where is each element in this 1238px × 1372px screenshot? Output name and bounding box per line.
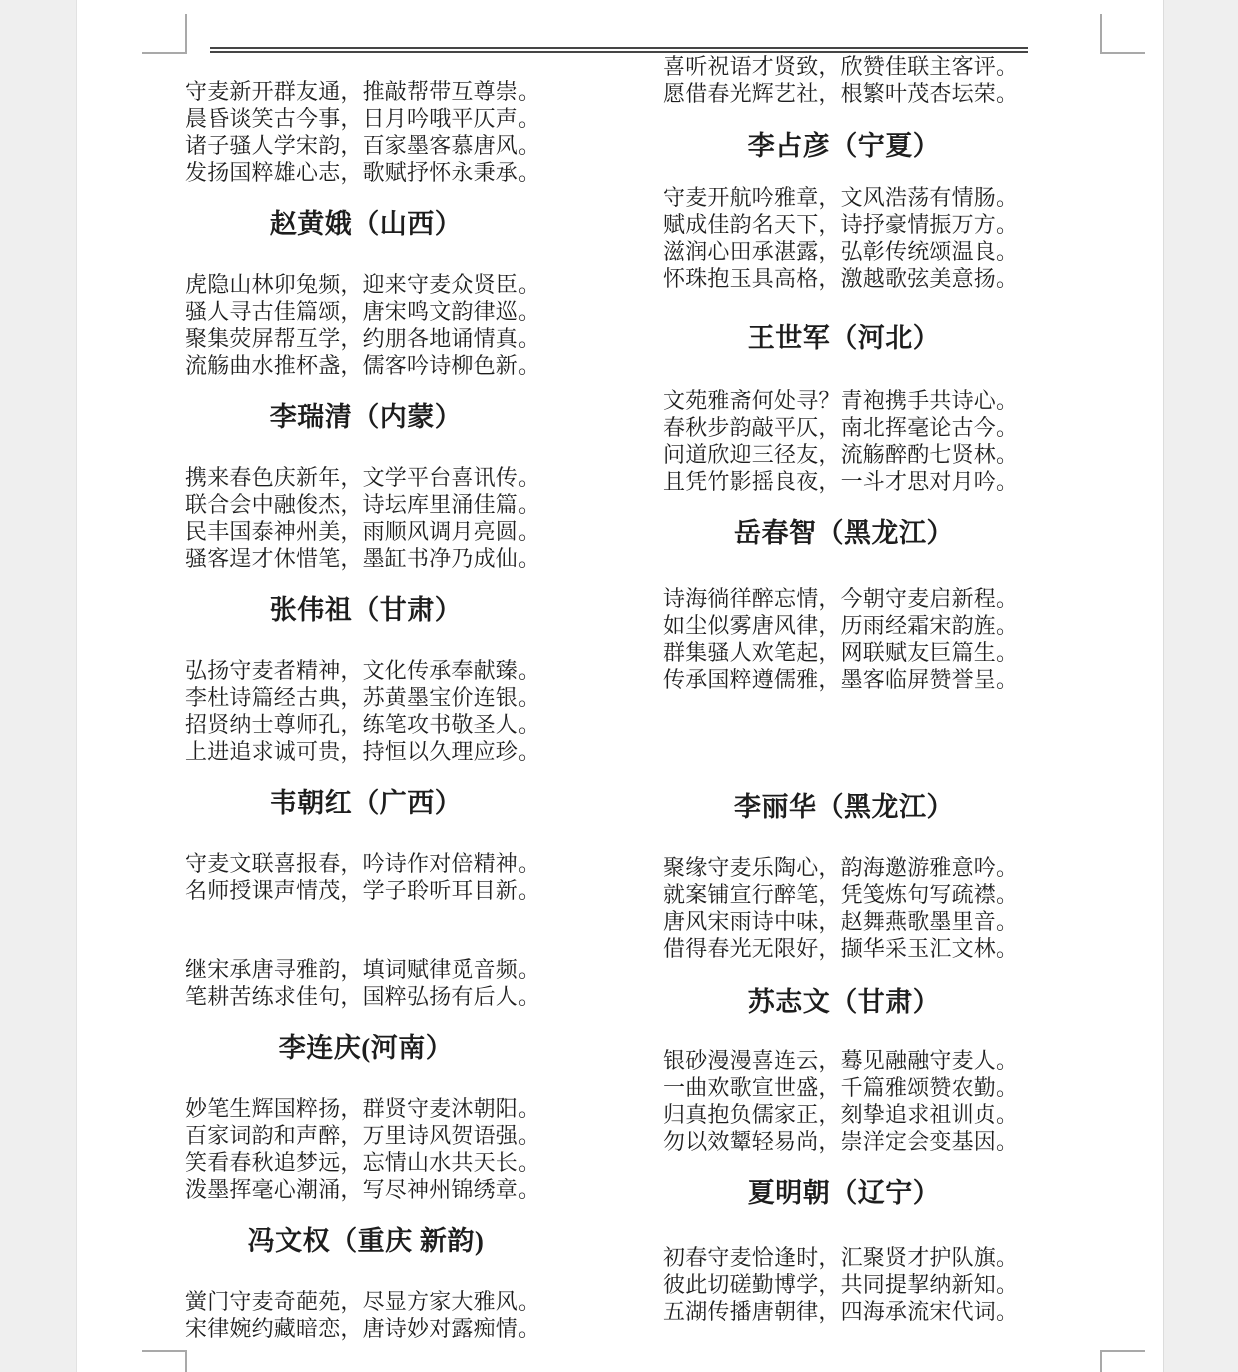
poem-line[interactable]: 群集骚人欢笔起，网联赋友巨篇生。: [663, 639, 1025, 666]
poem-stanza: 初春守麦恰逢时，汇聚贤才护队旗。彼此切磋勤博学，共同提挈纳新知。五湖传播唐朝律，…: [663, 1244, 1025, 1325]
poem-line[interactable]: 勿以效颦轻易尚，崇洋定会变基因。: [663, 1128, 1025, 1155]
author-heading[interactable]: 李瑞清（内蒙）: [185, 399, 547, 435]
poem-line[interactable]: 初春守麦恰逢时，汇聚贤才护队旗。: [663, 1244, 1025, 1271]
poem-line[interactable]: 借得春光无限好，撷华采玉汇文林。: [663, 935, 1025, 962]
poem-line[interactable]: 流觞曲水推杯盏，儒客吟诗柳色新。: [185, 352, 547, 379]
poem-column-right: 喜听祝语才贤致，欣赞佳联主客评。愿借春光辉艺社，根繁叶茂杏坛荣。李占彦（宁夏）守…: [663, 53, 1025, 1325]
poem-line[interactable]: 骚客逞才休惜笔，墨缸书净乃成仙。: [185, 545, 547, 572]
poem-line[interactable]: 发扬国粹雄心志，歌赋抒怀永秉承。: [185, 159, 547, 186]
poem-line[interactable]: 滋润心田承湛露，弘彰传统颂温良。: [663, 238, 1025, 265]
author-heading[interactable]: 李占彦（宁夏）: [663, 128, 1025, 164]
poem-line[interactable]: 赋成佳韵名天下，诗抒豪情振万方。: [663, 211, 1025, 238]
poem-line[interactable]: 就案铺宣行醉笔，凭笺炼句写疏襟。: [663, 881, 1025, 908]
poem-line[interactable]: 泼墨挥毫心潮涌，写尽神州锦绣章。: [185, 1176, 547, 1203]
poem-line[interactable]: 骚人寻古佳篇颂，唐宋鸣文韵律巡。: [185, 298, 547, 325]
poem-stanza: 聚缘守麦乐陶心，韵海邀游雅意吟。就案铺宣行醉笔，凭笺炼句写疏襟。唐风宋雨诗中味，…: [663, 854, 1025, 962]
poem-column-left: 守麦新开群友通，推敲帮带互尊崇。晨昏谈笑古今事，日月吟哦平仄声。诸子骚人学宋韵，…: [185, 78, 547, 1342]
poem-line[interactable]: 虎隐山林卯兔频，迎来守麦众贤臣。: [185, 271, 547, 298]
poem-line[interactable]: 诗海徜徉醉忘情，今朝守麦启新程。: [663, 585, 1025, 612]
poem-line[interactable]: 喜听祝语才贤致，欣赞佳联主客评。: [663, 53, 1025, 80]
poem-line[interactable]: 上进追求诚可贵，持恒以久理应珍。: [185, 738, 547, 765]
poem-stanza: 黉门守麦奇葩苑，尽显方家大雅风。宋律婉约藏暗恋，唐诗妙对露痴情。: [185, 1288, 547, 1342]
poem-line[interactable]: 守麦文联喜报春，吟诗作对倍精神。: [185, 850, 547, 877]
poem-line[interactable]: 携来春色庆新年，文学平台喜讯传。: [185, 464, 547, 491]
author-heading[interactable]: 韦朝红（广西）: [185, 785, 547, 821]
poem-line[interactable]: 守麦开航吟雅章，文风浩荡有情肠。: [663, 184, 1025, 211]
author-heading[interactable]: 岳春智（黑龙江）: [663, 515, 1025, 551]
poem-line[interactable]: 聚缘守麦乐陶心，韵海邀游雅意吟。: [663, 854, 1025, 881]
poem-line[interactable]: 弘扬守麦者精神，文化传承奉献臻。: [185, 657, 547, 684]
poem-stanza: 携来春色庆新年，文学平台喜讯传。联合会中融俊杰，诗坛库里涌佳篇。民丰国泰神州美，…: [185, 464, 547, 572]
poem-line[interactable]: 归真抱负儒家正，刻挚追求祖训贞。: [663, 1101, 1025, 1128]
poem-stanza: 喜听祝语才贤致，欣赞佳联主客评。愿借春光辉艺社，根繁叶茂杏坛荣。: [663, 53, 1025, 107]
author-heading[interactable]: 冯文权（重庆 新韵): [185, 1223, 547, 1259]
poem-line[interactable]: 笑看春秋追梦远，忘情山水共天长。: [185, 1149, 547, 1176]
poem-stanza: 守麦新开群友通，推敲帮带互尊崇。晨昏谈笑古今事，日月吟哦平仄声。诸子骚人学宋韵，…: [185, 78, 547, 186]
poem-stanza: 妙笔生辉国粹扬，群贤守麦沐朝阳。百家词韵和声醉，万里诗风贺语强。笑看春秋追梦远，…: [185, 1095, 547, 1203]
author-heading[interactable]: 王世军（河北）: [663, 320, 1025, 356]
poem-line[interactable]: 一曲欢歌宣世盛，千篇雅颂赞农勤。: [663, 1074, 1025, 1101]
poem-stanza: 虎隐山林卯兔频，迎来守麦众贤臣。骚人寻古佳篇颂，唐宋鸣文韵律巡。聚集荧屏帮互学，…: [185, 271, 547, 379]
poem-line[interactable]: 晨昏谈笑古今事，日月吟哦平仄声。: [185, 105, 547, 132]
poem-stanza: 守麦开航吟雅章，文风浩荡有情肠。赋成佳韵名天下，诗抒豪情振万方。滋润心田承湛露，…: [663, 184, 1025, 292]
poem-line[interactable]: 联合会中融俊杰，诗坛库里涌佳篇。: [185, 491, 547, 518]
poem-stanza: 文苑雅斋何处寻？青袍携手共诗心。春秋步韵敲平仄，南北挥毫论古今。问道欣迎三径友，…: [663, 387, 1025, 495]
poem-line[interactable]: 民丰国泰神州美，雨顺风调月亮圆。: [185, 518, 547, 545]
poem-stanza: 继宋承唐寻雅韵，填词赋律觅音频。笔耕苦练求佳句，国粹弘扬有后人。: [185, 956, 547, 1010]
document-viewport: 守麦新开群友通，推敲帮带互尊崇。晨昏谈笑古今事，日月吟哦平仄声。诸子骚人学宋韵，…: [0, 0, 1238, 1372]
poem-line[interactable]: 问道欣迎三径友，流觞醉酌七贤林。: [663, 441, 1025, 468]
poem-line[interactable]: 唐风宋雨诗中味，赵舞燕歌墨里音。: [663, 908, 1025, 935]
poem-line[interactable]: 银砂漫漫喜连云，蓦见融融守麦人。: [663, 1047, 1025, 1074]
poem-line[interactable]: 怀珠抱玉具高格，激越歌弦美意扬。: [663, 265, 1025, 292]
author-heading[interactable]: 李连庆(河南）: [185, 1030, 547, 1066]
poem-line[interactable]: 文苑雅斋何处寻？青袍携手共诗心。: [663, 387, 1025, 414]
margin-crop-mark-bottom-right: [1100, 1350, 1145, 1372]
poem-line[interactable]: 宋律婉约藏暗恋，唐诗妙对露痴情。: [185, 1315, 547, 1342]
poem-line[interactable]: 愿借春光辉艺社，根繁叶茂杏坛荣。: [663, 80, 1025, 107]
poem-line[interactable]: 招贤纳士尊师孔，练笔攻书敬圣人。: [185, 711, 547, 738]
author-heading[interactable]: 苏志文（甘肃）: [663, 984, 1025, 1020]
poem-stanza: 诗海徜徉醉忘情，今朝守麦启新程。如尘似雾唐风律，历雨经霜宋韵旌。群集骚人欢笔起，…: [663, 585, 1025, 693]
poem-line[interactable]: 妙笔生辉国粹扬，群贤守麦沐朝阳。: [185, 1095, 547, 1122]
poem-line[interactable]: 且凭竹影摇良夜，一斗才思对月吟。: [663, 468, 1025, 495]
poem-line[interactable]: 诸子骚人学宋韵，百家墨客慕唐风。: [185, 132, 547, 159]
poem-line[interactable]: 春秋步韵敲平仄，南北挥毫论古今。: [663, 414, 1025, 441]
margin-crop-mark-top-right: [1100, 14, 1145, 54]
poem-line[interactable]: 聚集荧屏帮互学，约朋各地诵情真。: [185, 325, 547, 352]
poem-line[interactable]: 黉门守麦奇葩苑，尽显方家大雅风。: [185, 1288, 547, 1315]
poem-stanza: 银砂漫漫喜连云，蓦见融融守麦人。一曲欢歌宣世盛，千篇雅颂赞农勤。归真抱负儒家正，…: [663, 1047, 1025, 1155]
poem-line[interactable]: 守麦新开群友通，推敲帮带互尊崇。: [185, 78, 547, 105]
author-heading[interactable]: 张伟祖（甘肃）: [185, 592, 547, 628]
poem-line[interactable]: 五湖传播唐朝律，四海承流宋代词。: [663, 1298, 1025, 1325]
poem-line[interactable]: 传承国粹遵儒雅，墨客临屏赞誉呈。: [663, 666, 1025, 693]
poem-line[interactable]: 彼此切磋勤博学，共同提挈纳新知。: [663, 1271, 1025, 1298]
canvas-gutter-left: [0, 0, 77, 1372]
canvas-gutter-right: [1163, 0, 1238, 1372]
poem-stanza: 守麦文联喜报春，吟诗作对倍精神。名师授课声情茂，学子聆听耳目新。: [185, 850, 547, 904]
poem-line[interactable]: 百家词韵和声醉，万里诗风贺语强。: [185, 1122, 547, 1149]
poem-stanza: 弘扬守麦者精神，文化传承奉献臻。李杜诗篇经古典，苏黄墨宝价连银。招贤纳士尊师孔，…: [185, 657, 547, 765]
poem-line[interactable]: 继宋承唐寻雅韵，填词赋律觅音频。: [185, 956, 547, 983]
author-heading[interactable]: 李丽华（黑龙江）: [663, 789, 1025, 825]
author-heading[interactable]: 夏明朝（辽宁）: [663, 1175, 1025, 1211]
poem-line[interactable]: 名师授课声情茂，学子聆听耳目新。: [185, 877, 547, 904]
margin-crop-mark-bottom-left: [142, 1350, 187, 1372]
poem-line[interactable]: 如尘似雾唐风律，历雨经霜宋韵旌。: [663, 612, 1025, 639]
poem-line[interactable]: 李杜诗篇经古典，苏黄墨宝价连银。: [185, 684, 547, 711]
margin-crop-mark-top-left: [142, 14, 187, 54]
poem-line[interactable]: 笔耕苦练求佳句，国粹弘扬有后人。: [185, 983, 547, 1010]
author-heading[interactable]: 赵黄娥（山西）: [185, 206, 547, 242]
